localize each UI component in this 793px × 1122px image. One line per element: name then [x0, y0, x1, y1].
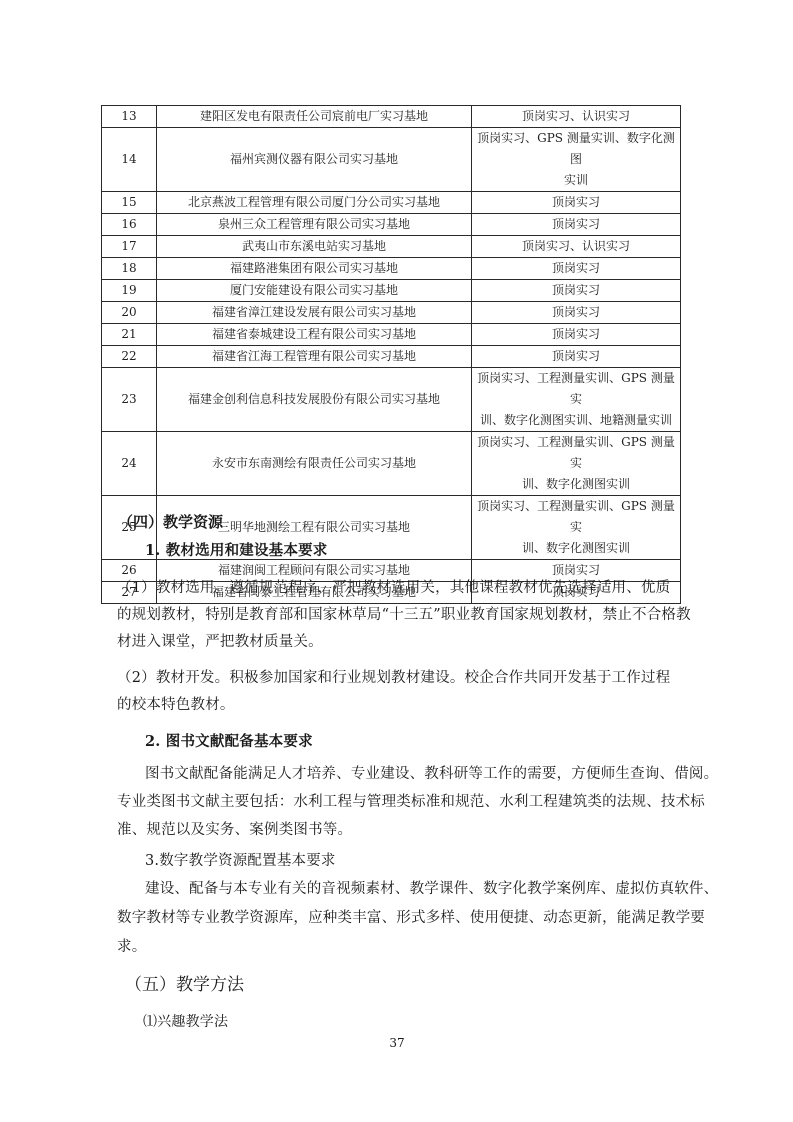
- practice-type-line: 训、数字化测图实训: [522, 541, 630, 555]
- base-name: 厦门安能建设有限公司实习基地: [157, 280, 472, 302]
- base-name: 建阳区发电有限责任公司宸前电厂实习基地: [157, 106, 472, 128]
- practice-type: 顶岗实习、认识实习: [472, 236, 681, 258]
- section-heading-teaching-resources: （四）教学资源: [118, 512, 223, 532]
- row-number: 24: [102, 432, 157, 496]
- base-name: 福州宾测仪器有限公司实习基地: [157, 128, 472, 192]
- base-name: 福建金创利信息科技发展股份有限公司实习基地: [157, 368, 472, 432]
- paragraph-line: 的规划教材，特别是教育部和国家林草局“十三五”职业教育国家规划教材，禁止不合格教: [117, 605, 691, 625]
- paragraph-line: 求。: [117, 937, 146, 957]
- practice-type-line: 顶岗实习、GPS 测量实训、数字化测图: [477, 131, 675, 166]
- practice-type: 顶岗实习: [472, 258, 681, 280]
- table-row: 14 福州宾测仪器有限公司实习基地 顶岗实习、GPS 测量实训、数字化测图实训: [102, 128, 681, 192]
- practice-type: 顶岗实习: [472, 280, 681, 302]
- subsection-title-textbooks: 1. 教材选用和建设基本要求: [145, 541, 327, 561]
- row-number: 16: [102, 214, 157, 236]
- row-number: 14: [102, 128, 157, 192]
- table-row: 13 建阳区发电有限责任公司宸前电厂实习基地 顶岗实习、认识实习: [102, 106, 681, 128]
- table-row: 19 厦门安能建设有限公司实习基地 顶岗实习: [102, 280, 681, 302]
- paragraph-line: 材进入课堂，严把教材质量关。: [117, 632, 323, 652]
- row-number: 21: [102, 324, 157, 346]
- table-row: 17 武夷山市东溪电站实习基地 顶岗实习、认识实习: [102, 236, 681, 258]
- practice-type: 顶岗实习、GPS 测量实训、数字化测图实训: [472, 128, 681, 192]
- row-number: 23: [102, 368, 157, 432]
- paragraph-line: 的校本特色教材。: [117, 695, 235, 715]
- practice-type: 顶岗实习: [472, 346, 681, 368]
- table-row: 23 福建金创利信息科技发展股份有限公司实习基地 顶岗实习、工程测量实训、GPS…: [102, 368, 681, 432]
- practice-type-line: 顶岗实习、工程测量实训、GPS 测量实: [477, 371, 675, 406]
- base-name: 福建省漳江建设发展有限公司实习基地: [157, 302, 472, 324]
- base-name: 北京燕波工程管理有限公司厦门分公司实习基地: [157, 192, 472, 214]
- practice-type: 顶岗实习: [472, 192, 681, 214]
- paragraph-line: 准、规范以及实务、案例类图书等。: [117, 820, 352, 840]
- table-row: 21 福建省泰城建设工程有限公司实习基地 顶岗实习: [102, 324, 681, 346]
- row-number: 15: [102, 192, 157, 214]
- practice-type: 顶岗实习、认识实习: [472, 106, 681, 128]
- paragraph-line: （1）教材选用。遵循规范程序，严把教材选用关，其他课程教材优先选择适用、优质: [117, 578, 670, 598]
- practice-type: 顶岗实习: [472, 324, 681, 346]
- base-name: 福建路港集团有限公司实习基地: [157, 258, 472, 280]
- row-number: 13: [102, 106, 157, 128]
- practice-type: 顶岗实习、工程测量实训、GPS 测量实训、数字化测图实训: [472, 432, 681, 496]
- paragraph-line: 专业类图书文献主要包括：水利工程与管理类标准和规范、水利工程建筑类的法规、技术标: [117, 792, 705, 812]
- row-number: 20: [102, 302, 157, 324]
- paragraph-line: 数字教材等专业教学资源库，应种类丰富、形式多样、使用便捷、动态更新，能满足教学要: [117, 908, 705, 928]
- row-number: 19: [102, 280, 157, 302]
- document-page: 13 建阳区发电有限责任公司宸前电厂实习基地 顶岗实习、认识实习 14 福州宾测…: [0, 0, 793, 1122]
- subsection-title-library: 2. 图书文献配备基本要求: [145, 732, 313, 752]
- practice-type-line: 顶岗实习、工程测量实训、GPS 测量实: [477, 435, 675, 470]
- table-row: 22 福建省江海工程管理有限公司实习基地 顶岗实习: [102, 346, 681, 368]
- table-row: 24 永安市东南测绘有限责任公司实习基地 顶岗实习、工程测量实训、GPS 测量实…: [102, 432, 681, 496]
- table-row: 18 福建路港集团有限公司实习基地 顶岗实习: [102, 258, 681, 280]
- practice-type: 顶岗实习、工程测量实训、GPS 测量实训、数字化测图实训、地籍测量实训: [472, 368, 681, 432]
- row-number: 18: [102, 258, 157, 280]
- base-name: 永安市东南测绘有限责任公司实习基地: [157, 432, 472, 496]
- base-name: 福建省泰城建设工程有限公司实习基地: [157, 324, 472, 346]
- table-row: 15 北京燕波工程管理有限公司厦门分公司实习基地 顶岗实习: [102, 192, 681, 214]
- practice-type-line: 实训: [564, 173, 588, 187]
- base-name: 福建省江海工程管理有限公司实习基地: [157, 346, 472, 368]
- practice-type-line: 训、数字化测图实训、地籍测量实训: [480, 413, 672, 427]
- practice-type-line: 顶岗实习、工程测量实训、GPS 测量实: [477, 499, 675, 534]
- practice-type: 顶岗实习: [472, 214, 681, 236]
- base-name: 武夷山市东溪电站实习基地: [157, 236, 472, 258]
- practice-type-line: 训、数字化测图实训: [522, 477, 630, 491]
- practice-type: 顶岗实习: [472, 302, 681, 324]
- row-number: 17: [102, 236, 157, 258]
- page-number: 37: [386, 1036, 408, 1050]
- section-heading-teaching-methods: （五）教学方法: [125, 974, 244, 996]
- row-number: 22: [102, 346, 157, 368]
- paragraph-line: 图书文献配备能满足人才培养、专业建设、教科研等工作的需要，方便师生查询、借阅。: [145, 764, 718, 784]
- subsection-title-digital-resources: 3.数字教学资源配置基本要求: [145, 851, 336, 871]
- paragraph-line: （2）教材开发。积极参加国家和行业规划教材建设。校企合作共同开发基于工作过程: [117, 668, 670, 688]
- table-row: 16 泉州三众工程管理有限公司实习基地 顶岗实习: [102, 214, 681, 236]
- practice-type: 顶岗实习、工程测量实训、GPS 测量实训、数字化测图实训: [472, 496, 681, 560]
- method-item-interest-teaching: ⑴兴趣教学法: [143, 1012, 228, 1032]
- paragraph-line: 建设、配备与本专业有关的音视频素材、教学课件、数字化教学案例库、虚拟仿真软件、: [145, 879, 718, 899]
- base-name: 泉州三众工程管理有限公司实习基地: [157, 214, 472, 236]
- table-row: 20 福建省漳江建设发展有限公司实习基地 顶岗实习: [102, 302, 681, 324]
